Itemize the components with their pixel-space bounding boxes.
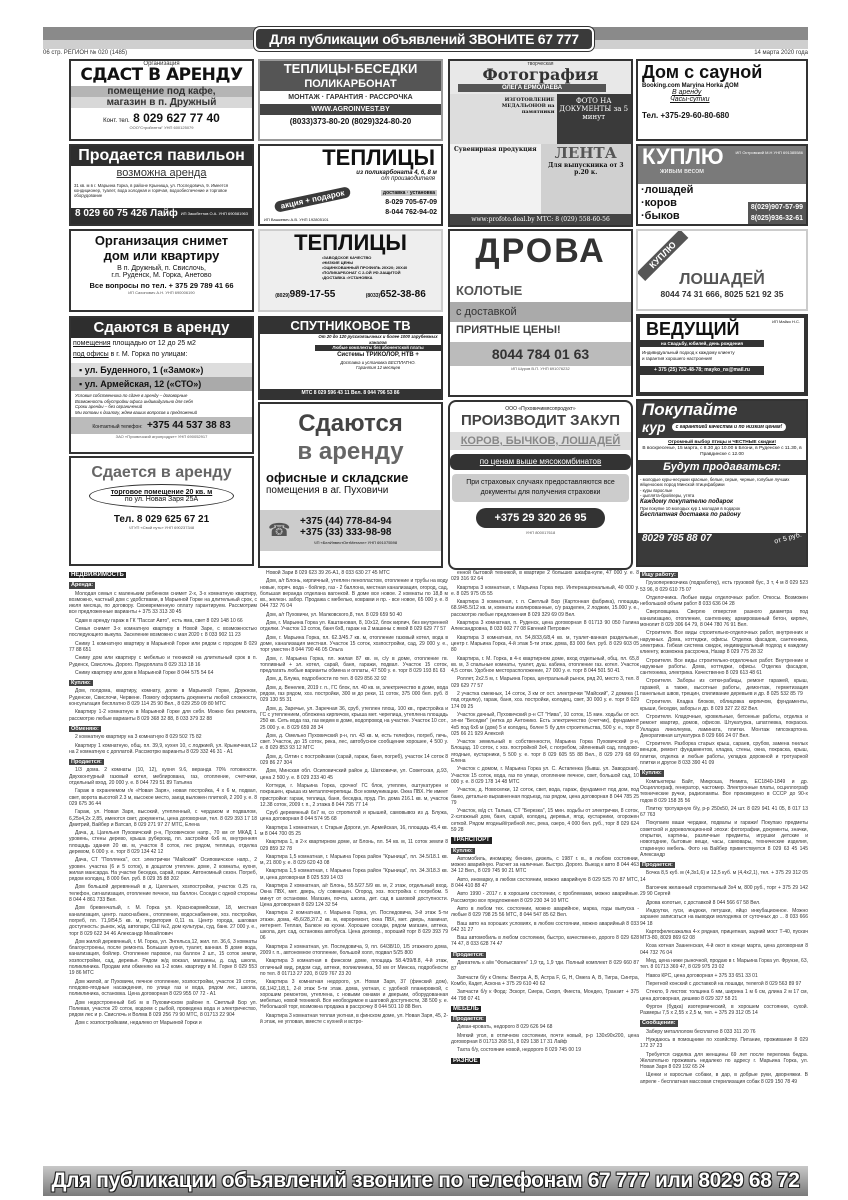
classified-ad: Дом, а/г Блонь, кирпичный, утеплен пеноп…: [260, 578, 448, 609]
classified-ad: Квартира 2 комнатная, г. Марьина Горка, …: [260, 910, 448, 941]
ad-phones: 8(029)907-57-998(025)936-32-61: [748, 202, 806, 224]
ad-teplitsy-besedki: ТЕПЛИЦЫ·БЕСЕДКИ ПОЛИКАРБОНАТ МОНТАЖ · ГА…: [258, 59, 443, 141]
classified-ad: Квартира 3 комнатная, п. Руденск, цена д…: [451, 620, 639, 633]
ad-line1: В п. Дружный, п. Свислочь,: [71, 265, 252, 272]
legal: ЧП «БелИнвестОптМеталл» УНП 691075598: [270, 540, 441, 545]
ad-name: ОЛЕГА ЕРМОЛАЕВА: [458, 84, 606, 92]
ad-sdast-v-arendu: Организация СДАСТ В АРЕНДУ помещение под…: [69, 59, 254, 141]
ad-phone: 8029 785 88 07: [642, 533, 712, 544]
classified-ad: Участок, д. Новоселки, 12 соток, свет, в…: [451, 787, 639, 806]
section-heading: НЕДВИЖИМОСТЬ: [69, 572, 126, 578]
ad-services: МОНТАЖ · ГАРАНТИЯ · РАССРОЧКА: [260, 91, 441, 104]
ad-title: СПУТНИКОВОЕ ТВ: [260, 318, 441, 334]
ad-line1: торговое помещение 20 кв. м: [90, 489, 233, 496]
ad-subtitle: живым весом: [638, 168, 806, 175]
ad-sdayutsya-pomescheniya: Сдаются в аренду помещения площадью от 1…: [69, 316, 254, 454]
classified-ad: Гараж в охраняемом г/к «Новая Заря», нов…: [69, 788, 257, 807]
ad-hours: Часы-сутки: [670, 96, 806, 103]
ad-title: Фотография: [450, 67, 631, 83]
classified-ad: Участок земельный в собственности, Марьи…: [451, 739, 639, 764]
ad-lenta-sub: Для выпускника от 3 р.20 к.: [541, 162, 632, 176]
addr: ул. Буденного, 1 («Замок»): [85, 365, 204, 375]
ad-rent: В аренду: [672, 89, 806, 96]
ad-snimet-dom: Организация снимет дом или квартиру В п.…: [69, 229, 254, 312]
classified-ad: Дом, г. Марьина Горка, пл. 62.3/45.7 кв.…: [260, 635, 448, 654]
classified-ad: Дом, г. Марьина Горка, пл. жилая 87 кв. …: [260, 656, 448, 675]
ad-pokupaite-kur: Покупайте кур с гарантией качества и по …: [636, 399, 808, 567]
ad-contact: + 375 (25) 752-48-78; mayko_ns@mail.ru: [640, 366, 764, 375]
classified-ad: Запчасти б/у к Опель: Вектра А, В, Астра…: [451, 975, 639, 988]
ad-line2: г.п. Руденск, М. Горка, Анетово: [71, 272, 252, 279]
legal: ООО"Стройэнтэк" УНП 600125079: [71, 125, 252, 130]
section-heading: Сообщения:: [640, 1020, 678, 1026]
ad-title1: Организация снимет: [71, 233, 252, 248]
classified-ad: енной бытовой техникой, в квартире 2 бол…: [451, 570, 639, 583]
section-heading: Ищу работу:: [640, 572, 678, 578]
classified-ad: Квартира 3 комнатная, пл. 54,8/33,6/8,4 …: [451, 635, 639, 654]
classified-ad: Семья снимет 3-х комнатную квартиру в Но…: [69, 626, 257, 639]
ad-title: ТЕПЛИЦЫ: [260, 146, 441, 170]
classified-ad: Участок с домом, г. Марьина Горка ул. С.…: [451, 766, 639, 785]
classified-ad: Дом, а/г Пуховичи, ул. Малковского,8, те…: [260, 612, 448, 618]
ad-addr2: ▪ ул. Армейская, 12 («СТО»): [71, 377, 252, 391]
ad-phone: 8 029 60 75 426 Лайф: [75, 208, 178, 219]
classified-ad: Дом, полдома, квартиру, комнату, долю в …: [69, 688, 257, 707]
section-heading: Продается:: [451, 1016, 486, 1022]
ad-vedushchiy: ВЕДУЩИЙ на Свадьбу, юбилей, день рождени…: [636, 314, 808, 396]
section-heading: Куплю:: [69, 680, 93, 686]
ad-phones: МТС 8 029 596 43 11 Вел. 8 044 796 53 86: [260, 389, 441, 398]
ad-title: ТЕПЛИЦЫ·БЕСЕДКИ: [260, 61, 441, 77]
ad-line2: от производителя: [260, 176, 441, 182]
classified-ad: Ваш автомобиль в любом состоянии, быстро…: [451, 935, 639, 948]
section-heading: Куплю:: [451, 848, 475, 854]
section-heading: Куплю:: [640, 770, 664, 776]
ad-sdayutsya-puhovichi: Сдаются в аренду офисные и складские пом…: [258, 402, 443, 568]
phone-label: Контактный телефон:: [92, 424, 142, 430]
ad-pavilion: Продается павильон возможна аренда 31 кв…: [69, 144, 254, 226]
classified-ad: Квартира 1, в 2-х квартирном доме, аг Бл…: [260, 839, 448, 852]
phone2: (8029)324-80-20: [352, 117, 412, 126]
ad-fotografiya: творческая Фотография ОЛЕГА ЕРМОЛАЕВА ИЗ…: [448, 59, 633, 227]
legal: ИП Закобегтов О.А. УНП 690581963: [181, 211, 248, 216]
ad-text: площадью от 12 до 25 м2: [111, 340, 196, 347]
legal: УНП 800017618: [450, 530, 631, 535]
ad-phone: Тел. 8 029 625 67 21: [71, 514, 252, 525]
ad-dom-s-saunoy: Дом с сауной Booking.com Maryina Horka Д…: [636, 59, 808, 141]
page-info: 06 стр. РЕГИОН № 020 (1485): [43, 50, 127, 56]
classified-ad: Мед, цена ниже рыночной, продаю в г. Мар…: [640, 958, 808, 971]
classified-ad: Перегной конский с доставкой на лошади, …: [640, 981, 808, 987]
classified-ad: Строителя. Все виды строительно-отделочн…: [640, 658, 808, 677]
issue-date: 14 марта 2020 года: [754, 50, 808, 56]
classified-ad: Мягкий угол, в отличном состоянии, почти…: [451, 1033, 639, 1046]
classified-ad: Дом, д. Олтин с постройками (сарай, гара…: [260, 754, 448, 767]
classified-ad: Дом жилой деревянный, г. М. Горка, ул. Э…: [69, 939, 257, 977]
classified-ad: Участок, м/д ст. Талька, СТ "Березка", 1…: [451, 808, 639, 833]
classified-ad: Дом, д. Заречье, ул. Заречная 36, сруб, …: [260, 706, 448, 731]
ad-medal: ИЗГОТОВЛЕНИЕ МЕДАЛЬОНОВ на памятники: [450, 94, 557, 144]
classified-ad: Дом жилой, аг Пуховичи, печное отопление…: [69, 979, 257, 998]
header-banner: Для публикации объявлений ЗВОНИТЕ 67 777…: [254, 27, 594, 51]
phone2: 652-38-86: [380, 289, 426, 300]
classified-ad: Квартира 2 комнатная, а/г Блонь, 55.5/27…: [260, 883, 448, 908]
ad-title: СДАСТ В АРЕНДУ: [71, 67, 252, 84]
classified-ad: Строителя. Кладка блоков, облицовка кирп…: [640, 699, 808, 712]
ad-phone: Все вопросы по тел. + 375 29 789 41 66: [71, 281, 252, 290]
classified-ad: Новой Зари 8 029 623 39 26-А1, 8 033 630…: [260, 570, 448, 576]
classified-ad: Строителя. Все виды строительно-отделочн…: [640, 630, 808, 655]
phone: +375 44 537 38 83: [147, 420, 231, 431]
classified-ad: Авто в любом тех. состоянии, можно авари…: [451, 906, 639, 919]
classified-ad: Дом большой деревянный в д. Цагельня, хо…: [69, 884, 257, 903]
ad-title: ЛОШАДЕЙ: [638, 271, 806, 289]
phone-label: Конт. тел.: [103, 118, 130, 124]
item: - молодые куры-несушки красные, белые, с…: [640, 477, 804, 488]
classified-ad: Навоз КРС, цена договорная + 375 33 651 …: [640, 973, 808, 979]
classified-ad: Дом недостроенный 6х6 м в Пуховичском ра…: [69, 1000, 257, 1019]
section-heading: РАЗНОЕ: [451, 1058, 480, 1064]
ad-site: WWW.AGROINVEST.BY: [260, 104, 441, 115]
classified-ad: Квартира 3 комнатная, г. п. Светлый Бор …: [451, 599, 639, 618]
phone-code: (8029): [275, 293, 289, 299]
ad-title: ДРОВА: [450, 231, 631, 271]
ad-subtitle: ПОЛИКАРБОНАТ: [260, 77, 441, 91]
section-heading: Продается:: [69, 759, 104, 765]
ad-guarantee: с гарантией качества и по низким ценам!: [672, 423, 787, 431]
ad-promo: акция + подарок: [274, 186, 352, 213]
ad-schedule: В воскресенье, 15 марта, с 8.30 до 10.00…: [640, 446, 804, 458]
ad-services: доставка · установка: [381, 190, 437, 196]
ad-text: в г. М. Горка по улицам:: [109, 351, 188, 358]
ad-delivery: Бесплатная доставка по району: [640, 511, 804, 519]
ad-sdaetsya-torgovoe: Сдается в аренду торговое помещение 20 к…: [69, 456, 254, 566]
classified-ad: Квартиру 1 комнатную, общ. пл. 39,9, кух…: [69, 743, 257, 756]
phone1: (8033)373-80-20: [290, 117, 350, 126]
classified-ad: Сниму дом или квартиру с мебелью и техни…: [69, 655, 257, 668]
classifieds-col-2: Новой Зари 8 029 623 39 26-А1, 8 033 630…: [260, 570, 448, 1160]
classified-ad: Квартира 3 комнатная в финском доме, пло…: [260, 958, 448, 977]
section-heading: Продается:: [640, 862, 675, 868]
ad-prices: по ценам выше мясокомбинатов: [450, 454, 631, 470]
line: Гарантия 12 месяцев: [315, 365, 441, 371]
phone1: 8(029)907-57-99: [751, 202, 803, 213]
classified-ad: Ваш авто на хороших условиях, в любом со…: [451, 921, 639, 934]
section-heading: Продается:: [451, 952, 486, 958]
telephone-icon: ☎: [268, 520, 290, 541]
classified-ad: Нуждаюсь в помощнике по хозяйству. Питан…: [640, 1037, 808, 1050]
classified-ad: Дом, г. Марьина Горка ул. Каштановая, 8,…: [260, 620, 448, 633]
legal: ИП Сахонович А.Н. УНП 690006190: [71, 290, 252, 295]
ad-phone: 8044 784 01 63: [450, 342, 631, 366]
ad-lenta: ЛЕНТА: [541, 144, 632, 162]
ad-line2: по ул. Новая Заря 25А: [90, 496, 233, 503]
ad-title: ТЕПЛИЦЫ: [260, 231, 441, 255]
ad-phone2: 8-044 762-94-02: [385, 209, 437, 216]
classified-ad: Участок дачный, Пуховичский р-н СТ "Нива…: [451, 712, 639, 737]
ad-line1: помещение под кафе,: [71, 86, 252, 97]
classified-ad: Фургон (будка) изотермический, в хорошем…: [640, 1004, 808, 1017]
classified-ad: Щенки и взрослые собаки, в дар, в добрые…: [640, 1072, 808, 1085]
section-heading: Аренда:: [69, 582, 95, 588]
ad-line1: офисные и складские: [260, 470, 441, 485]
classified-ad: Дрова колотые, с доставкой 8 044 566 67 …: [640, 900, 808, 906]
ad-animals: КОРОВ, БЫЧКОВ, ЛОШАДЕЙ: [450, 432, 631, 450]
term: Мы готовы к диалогу, ждем ваших вопросов…: [75, 410, 252, 416]
ad-title2: в аренду: [260, 438, 441, 466]
phone-code: (8033): [366, 293, 380, 299]
classified-ad: Квартира 1,5 комнатная, г. Марьина Горка…: [260, 868, 448, 881]
ad-prices: ПРИЯТНЫЕ ЦЕНЫ!: [450, 324, 631, 336]
section-heading: МЕБЕЛЬ: [451, 1006, 481, 1012]
classifieds-col-4: Ищу работу:Грузоперевозчика (подработку)…: [640, 570, 808, 1160]
classified-ad: Вагончик желанный строительный 3х4 м, 80…: [640, 885, 808, 898]
classified-ad: Грузоперевозчика (подработку), есть груз…: [640, 580, 808, 593]
classified-ad: Квартира 3 комнатная, г. Марьина Горка п…: [451, 585, 639, 598]
ad-line2: помещения в аг. Пуховичи: [260, 485, 441, 496]
ad-title: Сдаются в аренду: [71, 318, 252, 338]
legal: ЗАО «Пуховичский агропродукт» УНП 690052…: [71, 434, 252, 439]
ad-phone: Тел. +375-29-60-80-680: [642, 111, 806, 120]
ad-title: ПРОИЗВОДИТ ЗАКУП: [450, 412, 631, 430]
classified-ad: Индоутки, гуси, индюки, петушки, яйцо ин…: [640, 908, 808, 927]
ad-footer: www:profoto.deal.by МТС: 8 (029) 558-60-…: [450, 214, 631, 226]
classified-ad: Строителя. Разборка старых крыш, сараев,…: [640, 741, 808, 766]
classified-ad: Строителя. Кладочные, кровельные, бетонн…: [640, 714, 808, 739]
ad-kolotye: КОЛОТЫЕ: [450, 283, 631, 298]
classified-ad: Дом, Минская обл. Осиповичский район д. …: [260, 768, 448, 781]
classified-ad: Дом бревенчатый, г. М. Горка ул. Красноа…: [69, 905, 257, 936]
classifieds-col-1: НЕДВИЖИМОСТЬАренда:Молодая семья с мален…: [69, 570, 257, 1160]
classified-ad: Отделочника. Любые виды отделочных работ…: [640, 595, 808, 608]
legal: ИП Майко Н.С.: [772, 319, 800, 324]
legal: ИП Островский М.Н УНП 691385586: [735, 150, 803, 155]
classified-ad: Коза котная Зааненская, 4-й окот в конце…: [640, 943, 808, 956]
ad-zakup-skota: ООО «Пуховичимясопродукт» ПРОИЗВОДИТ ЗАК…: [448, 400, 633, 570]
classified-ad: Квартиру 1-2 комнатную в Марьиной Горке …: [69, 709, 257, 722]
ad-line2: магазин в п. Дружный: [71, 97, 252, 108]
classified-ad: Квартира 1,5 комнатная, г. Марьина Горка…: [260, 854, 448, 867]
classified-ad: Роллет, 2х2.5 м, г. Марьина Горка, центр…: [451, 676, 639, 689]
ad-title2: дом или квартиру: [71, 248, 252, 263]
classified-ad: Дом, д. Венелев, 2019 г. п., ГС блок, пл…: [260, 685, 448, 704]
classified-ad: Сверловщика. Сверлю отверстия разного ди…: [640, 609, 808, 628]
ad-kuplyu-loshadey: КУПЛЮ ЛОШАДЕЙ 8044 74 31 666, 8025 521 9…: [636, 229, 808, 311]
classified-ad: Квартира 3 комнатная теплая уютная, в фи…: [260, 1013, 448, 1026]
classified-ad: Сниму квартиру или дом в Марьиной Горке …: [69, 670, 257, 676]
classified-ad: 2 комнатную квартиру на 3 комнатную 8 02…: [69, 734, 257, 740]
classified-ad: Дом, д. Блужа, подробности по тел. 8 029…: [260, 676, 448, 682]
classified-ad: Гараж, ул. Новая Заря, высокий, утепленн…: [69, 809, 257, 828]
legal: ИП Шуров В.П. УНП 691076232: [450, 366, 631, 371]
classified-ad: Заберу металлолом бесплатно 8 033 311 20…: [640, 1029, 808, 1035]
ad-title: Дом с сауной: [642, 61, 806, 83]
legal: ИП Вашкевич А.В. УНП 192805101: [264, 217, 329, 222]
ad-souvenir: Сувенирная продукция: [450, 144, 541, 214]
classified-ad: Автомобиль, иномарку, бензин, дизель, с …: [451, 856, 639, 875]
phone2: +375 (33) 333-98-98: [300, 527, 441, 538]
ad-phone1: 8-029 705-67-09: [385, 199, 437, 206]
ad-phone: +375 29 320 26 95: [476, 508, 605, 528]
ad-title: Продается павильон: [71, 146, 252, 166]
section-heading: Обменяю:: [69, 726, 101, 732]
ad-line2: и гарантия хорошего настроения!: [640, 356, 804, 362]
ad-title2: кур: [638, 419, 666, 435]
ad-item: ·лошадей: [641, 184, 808, 197]
classified-ad: Авто, иномарку, в любом состоянии, можно…: [451, 877, 639, 890]
section-heading: ТРАНСПОРТ: [451, 837, 492, 843]
classified-ad: Стекло, 9 листов: толщина 6 мм, ширина 1…: [640, 989, 808, 1002]
classified-ad: Компьютеры Байт, Микроша, Немига, ЕС1840…: [640, 779, 808, 804]
ad-delivery: с доставкой: [450, 302, 631, 322]
ad-sputnikovoe-tv: СПУТНИКОВОЕ ТВ От 20 до 120 русскоязычны…: [258, 316, 443, 400]
classified-ad: Запчасти б/у к Форд: Эскорт, Сиера, Скор…: [451, 989, 639, 1002]
ad-insurance: При страховых случаях предоставляются вс…: [452, 474, 629, 502]
line: Системы ТРИКОЛОР, НТВ +: [315, 351, 441, 360]
phone: 8 029 627 77 40: [133, 111, 220, 125]
ad-addr1: ▪ ул. Буденного, 1 («Замок»): [71, 363, 252, 377]
ad-events: на Свадьбу, юбилей, день рождения: [640, 340, 764, 347]
classified-ad: Авто 1990 - 2017 г. в хорошем состоянии,…: [451, 891, 639, 904]
classified-ad: Дом с хозпостройками, недалеко от Марьин…: [69, 1020, 257, 1026]
classified-ad: Квартира 1 комнатная, г. Старые Дороги, …: [260, 825, 448, 838]
classified-ad: Квартира 3 комнатная недорого, ул. Новая…: [260, 979, 448, 1010]
ad-teplitsy-zavod: ТЕПЛИЦЫ •ЗАВОДСКОЕ КАЧЕСТВО •НИЗКИЕ ЦЕНЫ…: [258, 229, 443, 312]
ad-title1: Сдаются: [260, 410, 441, 438]
ad-underline: под офисы: [73, 351, 109, 358]
classified-ad: Квартира 2 комнатная, ул. Последовича, 9…: [260, 944, 448, 957]
ad-title: Сдается в аренду: [71, 462, 252, 484]
line: От 20 до 120 русскоязычных и более 1000 …: [315, 334, 441, 345]
classified-ad: Плитку тротуарную б/у, р-р 250х50, 24 шт…: [640, 806, 808, 819]
classified-ad: 1/3 дома. 2 комнаты (10, 12), кухня 9.6,…: [69, 767, 257, 786]
classified-ad: Бочка 8,5 куб. м (4,3х1,6) и 12,5 куб. м…: [640, 870, 808, 883]
ad-price-tag: от 5 руб.: [773, 531, 802, 545]
classified-ad: Тахта б/у, состояние новой, недорого 8 0…: [451, 1047, 639, 1053]
classified-ad: Двигатель к а/м "Фольксваген" 1,9 тд, 1,…: [451, 960, 639, 973]
classified-ad: Сниму 1 комнатную квартиру в Марьиной Го…: [69, 641, 257, 654]
classified-ad: Требуется сиделка для женщины 69 лет пос…: [640, 1052, 808, 1071]
footer-banner: Для публикации объявлений звоните по тел…: [43, 1166, 808, 1196]
legal: ЧТУП «Свой путь» УНП 690237348: [71, 525, 252, 530]
classified-ad: Дача, д. Цагельня Пуховичский р-н, Пухов…: [69, 830, 257, 855]
classified-ad: Молодая семья с маленьким ребенком сниме…: [69, 591, 257, 616]
ad-title1: Покупайте: [638, 401, 806, 419]
classified-ad: Дача, СТ "Поплянка", ост. электрички "Ма…: [69, 857, 257, 882]
addr: ул. Армейская, 12 («СТО»): [85, 379, 202, 389]
ad-will-sell: Будут продаваться:: [638, 460, 806, 475]
classified-ad: Строителя. Заборы из сетки-рабицы, ремон…: [640, 678, 808, 697]
classified-ad: Коттедж, г. Марьина Горка, срочно! ГС бл…: [260, 783, 448, 808]
ad-gift: Каждому покупателю подарок: [640, 498, 804, 506]
classified-ad: Картофелесажалка 4-х рядная, прицепная, …: [640, 929, 808, 942]
classified-ad: Дом, д. Омельно Пуховичский р-н, пл. 43 …: [260, 733, 448, 752]
classified-ad: Квартира, г. М. Горка, в 4-х квартирном …: [451, 656, 639, 675]
ad-kuplyu-skot: КУПЛЮ живым весом ·лошадей ·коров ·быков…: [636, 144, 808, 226]
classified-ad: Покупаем ваши чердаки, подвалы и гаражи!…: [640, 820, 808, 858]
ad-text: 31 кв. м в г. Марьина Горка, в районе Кр…: [71, 181, 252, 208]
classified-ad: Сруб деревянный 6х7 м, со стропилой и кр…: [260, 810, 448, 823]
phone2: 8(025)936-32-61: [751, 213, 803, 224]
classified-ad: Сдам в аренду гараж в ГК "Пассат Авто", …: [69, 618, 257, 624]
classified-ad: 2 участка смежных, 14 соток, 3 км от ост…: [451, 691, 639, 710]
ad-underline: помещения: [73, 340, 111, 347]
phone1: +375 (44) 778-84-94: [300, 516, 441, 527]
classifieds-col-3: енной бытовой техникой, в квартире 2 бол…: [451, 570, 639, 1160]
feature: •ДОСТАВКА •УСТАНОВКА: [322, 275, 441, 280]
ad-docs: ФОТО НА ДОКУМЕНТЫ за 5 минут: [557, 94, 632, 144]
ad-phones: 8044 74 31 666, 8025 521 92 35: [638, 289, 806, 299]
classified-ad: Диван-кровать, недорого 8 029 626 94 68: [451, 1024, 639, 1030]
ad-teplitsy-akciya: ТЕПЛИЦЫ из поликарбоната 4, 6, 8 м от пр…: [258, 144, 443, 226]
phone1: 989-17-55: [290, 289, 336, 300]
ad-subtitle: возможна аренда: [71, 166, 252, 181]
ad-drova: ДРОВА КОЛОТЫЕ с доставкой ПРИЯТНЫЕ ЦЕНЫ!…: [448, 229, 633, 397]
line: Любые комплекты без абонентской платы: [315, 345, 441, 351]
